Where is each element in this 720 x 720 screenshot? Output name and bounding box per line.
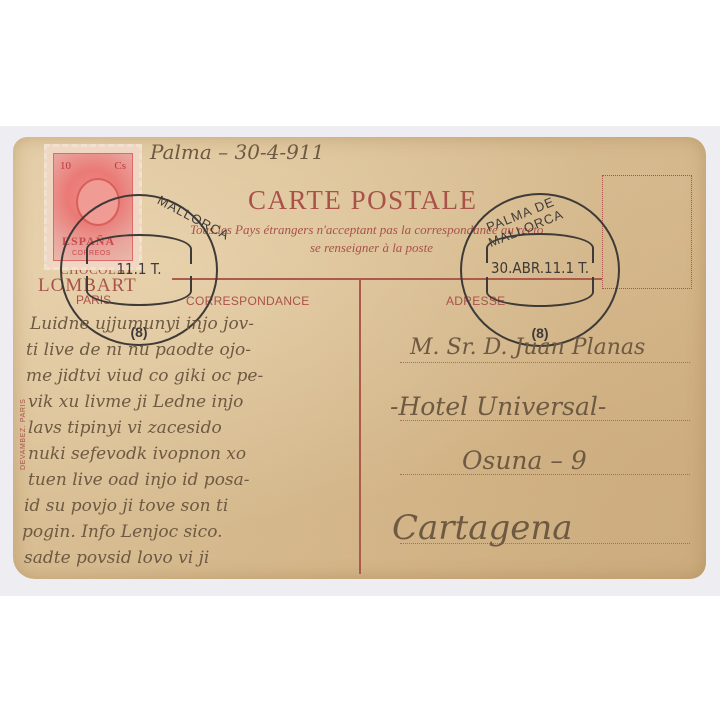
foreign-notice-line2: se renseigner à la poste — [310, 240, 433, 256]
center-divider — [359, 278, 361, 574]
stamp-currency: Cs — [114, 160, 126, 172]
address-line: Cartagena — [392, 508, 573, 548]
message-line: nuki sefevodk ivopnon xo — [28, 444, 246, 464]
printer-credit: DEVAMBEZ. PARIS — [20, 399, 27, 470]
message-line: lavs tipinyi vi zacesido — [28, 418, 222, 438]
address-line: M. Sr. D. Juan Planas — [410, 335, 645, 360]
stamp-value: 10 — [60, 160, 71, 172]
handwritten-date-header: Palma – 30-4-911 — [150, 140, 324, 164]
message-line: sadte povsid lovo vi ji — [24, 548, 209, 568]
address-line: -Hotel Universal- — [390, 392, 606, 421]
address-line-1 — [400, 362, 690, 363]
postmark-right-arc-bottom — [486, 277, 594, 307]
postmark-left-arc-bottom — [86, 276, 192, 306]
message-line: Luidne ujjumunyi injo jov- — [30, 314, 254, 334]
address-line: Osuna – 9 — [462, 446, 587, 475]
message-line: tuen live oad injo id posa- — [28, 470, 250, 490]
message-line: me jidtvi viud co giki oc pe- — [26, 366, 263, 386]
message-line: vik xu livme ji Ledne injo — [28, 392, 243, 412]
message-line: id su povjo ji tove son ti — [24, 496, 228, 516]
message-line: ti live de ni nu paodte ojo- — [26, 340, 251, 360]
postmark-right: PALMA DE MALLORCA 30.ABR.11.1 T. (8) — [460, 193, 620, 347]
message-line: pogin. Info Lenjoc sico. — [22, 522, 223, 542]
card-title: CARTE POSTALE — [248, 185, 477, 216]
postmark-right-date: 30.ABR.11.1 T. — [462, 259, 618, 277]
